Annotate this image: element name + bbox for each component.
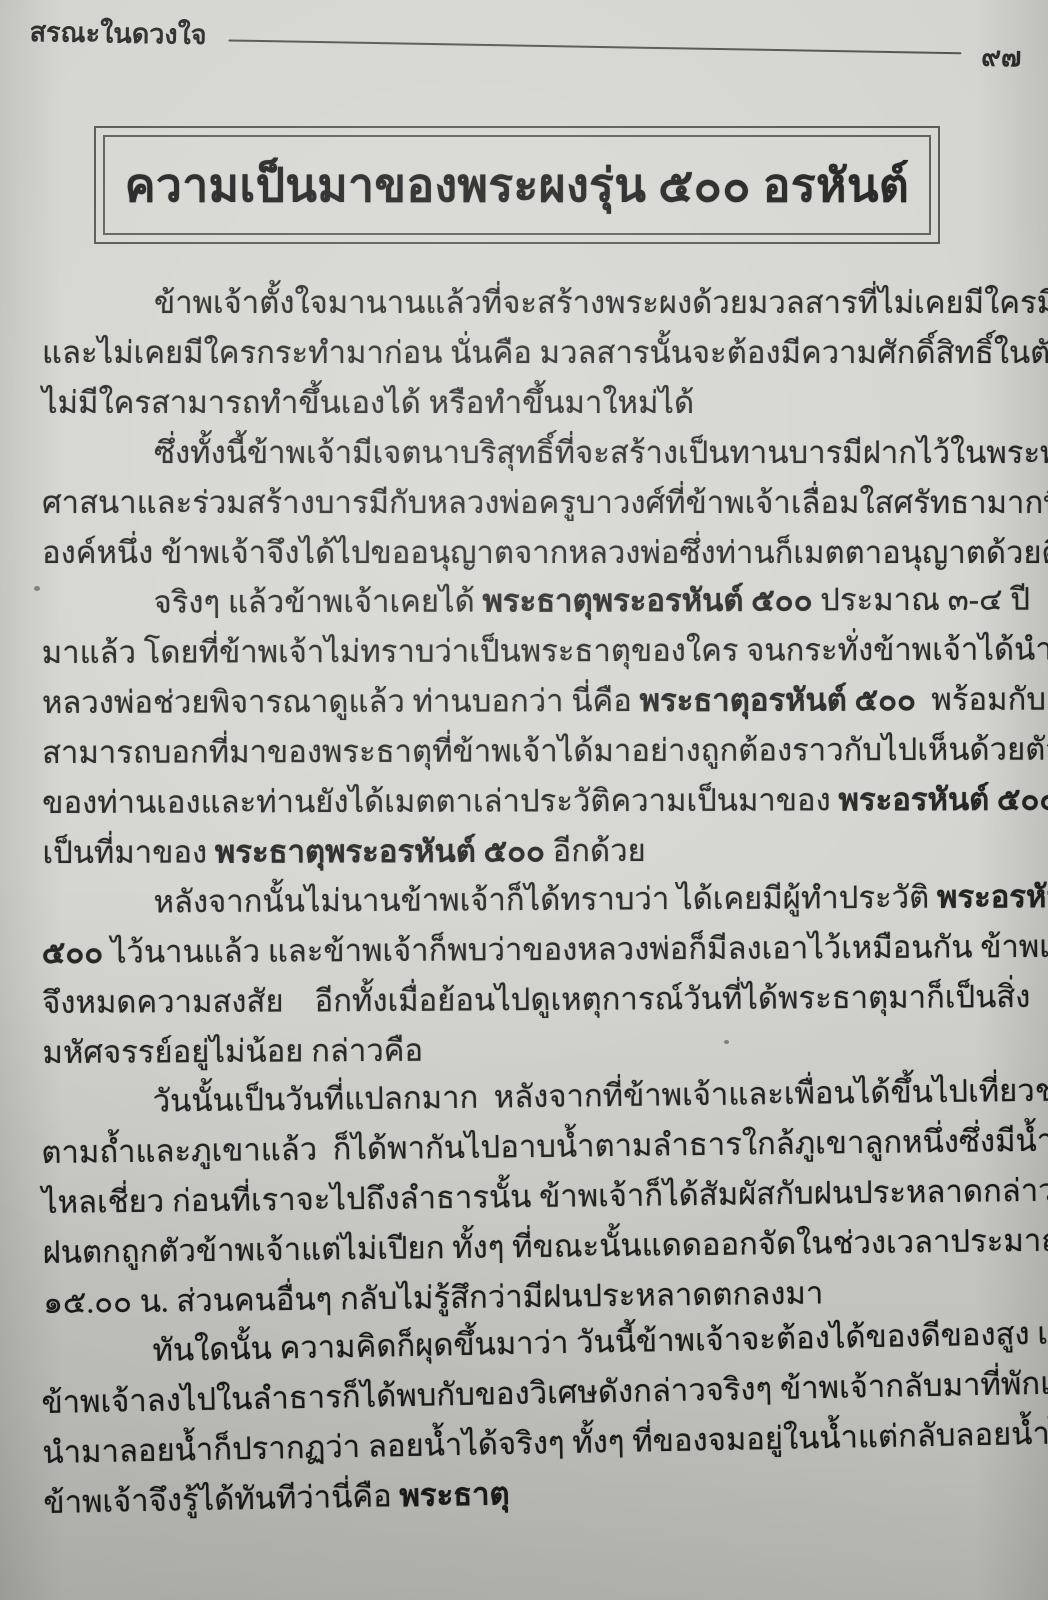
- text-segment: และไม่เคยมีใครกระทำมาก่อน นั่นคือ มวลสาร…: [42, 335, 1048, 370]
- text-segment: สามารถบอกที่มาของพระธาตุที่ข้าพเจ้าได้มา…: [42, 731, 1048, 770]
- text-line: และไม่เคยมีใครกระทำมาก่อน นั่นคือ มวลสาร…: [42, 328, 1012, 378]
- page-number: ๙๗: [981, 35, 1022, 79]
- text-line: ไม่มีใครสามารถทำขึ้นเองได้ หรือทำขึ้นมาใ…: [42, 378, 1012, 428]
- chapter-title-inner-border: ความเป็นมาของพระผงรุ่น ๕๐๐ อรหันต์: [103, 135, 931, 235]
- text-line: หลวงพ่อช่วยพิจารณาดูแล้ว ท่านบอกว่า นี่ค…: [42, 675, 1012, 728]
- text-segment: ๑๕.๐๐ น. ส่วนคนอื่นๆ กลับไม่รู้สึกว่ามีฝ…: [43, 1275, 823, 1320]
- emphasized-text-segment: พระธาตุพระอรหันต์ ๕๐๐: [215, 833, 545, 869]
- text-line: จริงๆ แล้วข้าพเจ้าเคยได้ พระธาตุพระอรหัน…: [41, 575, 1011, 628]
- text-line: ข้าพเจ้าตั้งใจมานานแล้วที่จะสร้างพระผงด้…: [42, 278, 1012, 328]
- text-segment: อีกด้วย: [545, 833, 646, 868]
- emphasized-text-segment: พระธาตุ: [399, 1476, 510, 1513]
- page-header: สรณะในดวงใจ ๙๗: [29, 10, 1022, 78]
- text-segment: มหัศจรรย์อยู่ไม่น้อย กล่าวคือ: [42, 1033, 423, 1070]
- text-line: ของท่านเองและท่านยังได้เมตตาเล่าประวัติค…: [42, 775, 1012, 828]
- text-segment: ไหลเชี่ยว ก่อนที่เราจะไปถึงลำธารนั้น ข้า…: [42, 1172, 1048, 1220]
- text-segment: ของท่านเองและท่านยังได้เมตตาเล่าประวัติค…: [42, 782, 838, 820]
- text-segment: มาแล้ว โดยที่ข้าพเจ้าไม่ทราบว่าเป็นพระธา…: [42, 631, 1048, 670]
- text-segment: ข้าพเจ้าตั้งใจมานานแล้วที่จะสร้างพระผงด้…: [154, 285, 1048, 320]
- text-segment: หลวงพ่อช่วยพิจารณาดูแล้ว ท่านบอกว่า นี่ค…: [42, 683, 640, 720]
- text-segment: ตามถ้ำและภูเขาแล้ว ก็ได้พากันไปอาบน้ำตาม…: [41, 1122, 1048, 1170]
- text-segment: ศาสนาและร่วมสร้างบารมีกับหลวงพ่อครูบาวงศ…: [42, 485, 1048, 520]
- text-segment: ข้าพเจ้าจึงรู้ได้ทันทีว่านี่คือ: [43, 1478, 400, 1520]
- scan-speck: [724, 1040, 729, 1044]
- book-page: สรณะในดวงใจ ๙๗ ความเป็นมาของพระผงรุ่น ๕๐…: [0, 0, 1048, 1600]
- emphasized-text-segment: พระอรหันต์ ๕๐๐: [838, 781, 1048, 817]
- paragraph: ข้าพเจ้าตั้งใจมานานแล้วที่จะสร้างพระผงด้…: [42, 278, 1012, 428]
- text-segment: ซึ่งทั้งนี้ข้าพเจ้ามีเจตนาบริสุทธิ์ที่จะ…: [154, 435, 1048, 470]
- text-line: ๕๐๐ ไว้นานแล้ว และข้าพเจ้าก็พบว่าของหลวง…: [42, 922, 1012, 978]
- paragraph: ซึ่งทั้งนี้ข้าพเจ้ามีเจตนาบริสุทธิ์ที่จะ…: [42, 428, 1012, 578]
- emphasized-text-segment: พระธาตุพระอรหันต์ ๕๐๐: [482, 582, 812, 618]
- text-line: มาแล้ว โดยที่ข้าพเจ้าไม่ทราบว่าเป็นพระธา…: [42, 625, 1012, 678]
- text-segment: วันนั้นเป็นวันที่แปลกมาก หลังจากที่ข้าพเ…: [153, 1072, 1048, 1118]
- text-line: ศาสนาและร่วมสร้างบารมีกับหลวงพ่อครูบาวงศ…: [42, 478, 1012, 528]
- chapter-title: ความเป็นมาของพระผงรุ่น ๕๐๐ อรหันต์: [125, 149, 910, 222]
- body-text: ข้าพเจ้าตั้งใจมานานแล้วที่จะสร้างพระผงด้…: [42, 278, 1012, 1528]
- emphasized-text-segment: ๕๐๐: [42, 935, 104, 970]
- text-segment: จึงหมดความสงสัย อีกทั้งเมื่อย้อนไปดูเหตุ…: [42, 979, 1030, 1020]
- paragraph: หลังจากนั้นไม่นานข้าพเจ้าก็ได้ทราบว่า ได…: [41, 872, 1012, 1078]
- paragraph: วันนั้นเป็นวันที่แปลกมาก หลังจากที่ข้าพเ…: [40, 1066, 1013, 1328]
- text-segment: ไม่มีใครสามารถทำขึ้นเองได้ หรือทำขึ้นมาใ…: [42, 385, 694, 420]
- emphasized-text-segment: พระธาตุอรหันต์ ๕๐๐: [640, 682, 916, 718]
- text-segment: ทันใดนั้น ความคิดก็ผุดขึ้นมาว่า วันนี้ข้…: [152, 1315, 1048, 1368]
- header-rule: [229, 39, 962, 54]
- chapter-title-box: ความเป็นมาของพระผงรุ่น ๕๐๐ อรหันต์: [94, 126, 940, 244]
- text-segment: จริงๆ แล้วข้าพเจ้าเคยได้: [154, 583, 483, 619]
- text-line: ซึ่งทั้งนี้ข้าพเจ้ามีเจตนาบริสุทธิ์ที่จะ…: [42, 428, 1012, 478]
- running-title: สรณะในดวงใจ: [29, 10, 207, 56]
- text-line: หลังจากนั้นไม่นานข้าพเจ้าก็ได้ทราบว่า ได…: [41, 872, 1011, 928]
- text-segment: ฝนตกถูกตัวข้าพเจ้าแต่ไม่เปียก ทั้งๆ ที่ข…: [42, 1222, 1048, 1270]
- scan-speck: [34, 586, 40, 591]
- emphasized-text-segment: พระอรหันต์: [937, 879, 1048, 915]
- paragraph: ทันใดนั้น ความคิดก็ผุดขึ้นมาว่า วันนี้ข้…: [40, 1309, 1014, 1528]
- text-segment: ประมาณ ๓-๔ ปี: [812, 582, 1030, 618]
- text-segment: เป็นที่มาของ: [42, 834, 215, 870]
- text-line: องค์หนึ่ง ข้าพเจ้าจึงได้ไปขออนุญาตจากหลว…: [42, 528, 1012, 578]
- text-line: สามารถบอกที่มาของพระธาตุที่ข้าพเจ้าได้มา…: [42, 725, 1012, 778]
- text-line: จึงหมดความสงสัย อีกทั้งเมื่อย้อนไปดูเหตุ…: [42, 972, 1012, 1028]
- text-segment: ไว้นานแล้ว และข้าพเจ้าก็พบว่าของหลวงพ่อก…: [103, 929, 1048, 970]
- text-segment: พร้อมกับ: [916, 681, 1046, 716]
- text-line: เป็นที่มาของ พระธาตุพระอรหันต์ ๕๐๐ อีกด้…: [42, 825, 1012, 878]
- paragraph: จริงๆ แล้วข้าพเจ้าเคยได้ พระธาตุพระอรหัน…: [41, 575, 1012, 878]
- text-segment: องค์หนึ่ง ข้าพเจ้าจึงได้ไปขออนุญาตจากหลว…: [42, 535, 1048, 570]
- text-segment: หลังจากนั้นไม่นานข้าพเจ้าก็ได้ทราบว่า ได…: [153, 880, 937, 920]
